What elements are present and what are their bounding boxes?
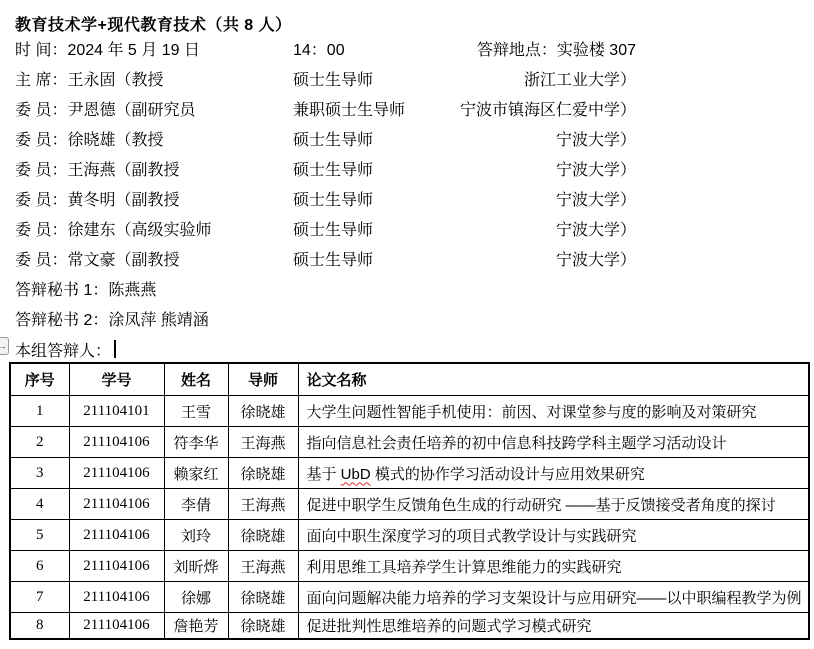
cell-no[interactable]: 2 (10, 427, 69, 458)
cell-supervisor[interactable]: 徐晓雄 (228, 613, 298, 640)
column-header: 序号 (10, 363, 69, 396)
page-title: 教育技术学+现代教育技术（共 8 人） (15, 12, 292, 35)
info-institution: 答辩地点：实验楼 307 (456, 36, 814, 66)
document-page[interactable]: 教育技术学+现代教育技术（共 8 人） 时 间：2024 年 5 月 19 日1… (0, 0, 814, 649)
info-line: 委 员：王海燕（副教授硕士生导师宁波大学） (15, 156, 814, 186)
info-line: 委 员：徐晓雄（教授硕士生导师宁波大学） (15, 126, 814, 156)
info-supervisor-type: 硕士生导师 (293, 66, 456, 96)
misspelled-word: UbD (341, 466, 371, 483)
info-role-name: 主 席：王永固（教授 (15, 66, 293, 96)
cell-student-id[interactable]: 211104106 (69, 520, 164, 551)
group-defenders-line[interactable]: 本组答辩人： (15, 336, 814, 362)
cell-no[interactable]: 6 (10, 551, 69, 582)
info-role-name: 委 员：常文豪（副教授 (15, 246, 293, 276)
cell-no[interactable]: 5 (10, 520, 69, 551)
thesis-title-text: 指向信息社会责任培养的初中信息科技跨学科主题学习活动设计 (307, 435, 727, 452)
cell-thesis-title[interactable]: 面向问题解决能力培养的学习支架设计与应用研究——以中职编程教学为例 (298, 582, 809, 613)
cell-no[interactable]: 4 (10, 489, 69, 520)
table-row: 6211104106刘昕烨王海燕利用思维工具培养学生计算思维能力的实践研究 (10, 551, 809, 582)
table-row: 2211104106符李华王海燕指向信息社会责任培养的初中信息科技跨学科主题学习… (10, 427, 809, 458)
committee-info-block: 时 间：2024 年 5 月 19 日14：00答辩地点：实验楼 307主 席：… (15, 36, 814, 362)
cell-supervisor[interactable]: 王海燕 (228, 551, 298, 582)
thesis-title-text: 面向中职生深度学习的项目式教学设计与实践研究 (307, 528, 637, 545)
thesis-title-text: 大学生问题性智能手机使用：前因、对课堂参与度的影响及对策研究 (307, 404, 757, 421)
cell-supervisor[interactable]: 徐晓雄 (228, 458, 298, 489)
info-line: 时 间：2024 年 5 月 19 日14：00答辩地点：实验楼 307 (15, 36, 814, 66)
cell-thesis-title[interactable]: 面向中职生深度学习的项目式教学设计与实践研究 (298, 520, 809, 551)
secretary-line: 答辩秘书 1：陈燕燕 (15, 276, 814, 306)
secretary-line: 答辩秘书 2：涂凤萍 熊靖涵 (15, 306, 814, 336)
cell-name[interactable]: 符李华 (164, 427, 228, 458)
cell-supervisor[interactable]: 徐晓雄 (228, 520, 298, 551)
cell-thesis-title[interactable]: 基于 UbD 模式的协作学习活动设计与应用效果研究 (298, 458, 809, 489)
thesis-title-text: 模式的协作学习活动设计与应用效果研究 (371, 466, 645, 483)
cell-name[interactable]: 詹艳芳 (164, 613, 228, 640)
info-supervisor-type: 硕士生导师 (293, 186, 456, 216)
group-defenders-label: 本组答辩人： (15, 338, 111, 361)
column-header: 姓名 (164, 363, 228, 396)
cell-thesis-title[interactable]: 利用思维工具培养学生计算思维能力的实践研究 (298, 551, 809, 582)
cell-name[interactable]: 赖家红 (164, 458, 228, 489)
text-cursor (114, 340, 116, 358)
info-supervisor-type: 硕士生导师 (293, 156, 456, 186)
column-header: 论文名称 (298, 363, 809, 396)
info-role-name: 时 间：2024 年 5 月 19 日 (15, 36, 293, 66)
info-supervisor-type: 硕士生导师 (293, 216, 456, 246)
column-header: 学号 (69, 363, 164, 396)
info-institution: 宁波大学） (456, 156, 814, 186)
cell-name[interactable]: 徐娜 (164, 582, 228, 613)
info-institution: 浙江工业大学） (456, 66, 814, 96)
thesis-title-text: 利用思维工具培养学生计算思维能力的实践研究 (307, 559, 622, 576)
thesis-title-text: 促进中职学生反馈角色生成的行动研究 ——基于反馈接受者角度的探讨 (307, 497, 776, 514)
cell-name[interactable]: 李倩 (164, 489, 228, 520)
defense-schedule-table: 序号学号姓名导师论文名称 1211104101王雪徐晓雄大学生问题性智能手机使用… (9, 362, 810, 640)
cell-supervisor[interactable]: 王海燕 (228, 489, 298, 520)
cell-supervisor[interactable]: 王海燕 (228, 427, 298, 458)
info-role-name: 委 员：黄冬明（副教授 (15, 186, 293, 216)
table-row: 8211104106詹艳芳徐晓雄促进批判性思维培养的问题式学习模式研究 (10, 613, 809, 640)
info-line: 委 员：常文豪（副教授硕士生导师宁波大学） (15, 246, 814, 276)
cell-student-id[interactable]: 211104106 (69, 551, 164, 582)
cell-student-id[interactable]: 211104106 (69, 458, 164, 489)
info-role-name: 委 员：王海燕（副教授 (15, 156, 293, 186)
info-line: 委 员：徐建东（高级实验师硕士生导师宁波大学） (15, 216, 814, 246)
info-role-name: 委 员：尹恩德（副研究员 (15, 96, 293, 126)
table-row: 3211104106赖家红徐晓雄基于 UbD 模式的协作学习活动设计与应用效果研… (10, 458, 809, 489)
cell-name[interactable]: 刘昕烨 (164, 551, 228, 582)
info-supervisor-type: 14：00 (293, 36, 456, 66)
info-institution: 宁波大学） (456, 186, 814, 216)
info-line: 主 席：王永固（教授硕士生导师浙江工业大学） (15, 66, 814, 96)
info-line: 委 员：尹恩德（副研究员兼职硕士生导师宁波市镇海区仁爱中学） (15, 96, 814, 126)
table-body: 1211104101王雪徐晓雄大学生问题性智能手机使用：前因、对课堂参与度的影响… (10, 396, 809, 640)
thesis-title-text: 面向问题解决能力培养的学习支架设计与应用研究——以中职编程教学为例 (307, 590, 802, 607)
cell-thesis-title[interactable]: 大学生问题性智能手机使用：前因、对课堂参与度的影响及对策研究 (298, 396, 809, 427)
info-institution: 宁波大学） (456, 216, 814, 246)
cell-no[interactable]: 8 (10, 613, 69, 640)
info-supervisor-type: 兼职硕士生导师 (293, 96, 456, 126)
cell-student-id[interactable]: 211104106 (69, 613, 164, 640)
info-institution: 宁波大学） (456, 126, 814, 156)
cell-supervisor[interactable]: 徐晓雄 (228, 396, 298, 427)
thesis-title-text: 基于 (307, 466, 341, 483)
info-role-name: 委 员：徐晓雄（教授 (15, 126, 293, 156)
cell-name[interactable]: 王雪 (164, 396, 228, 427)
info-supervisor-type: 硕士生导师 (293, 246, 456, 276)
table-row: 4211104106李倩王海燕促进中职学生反馈角色生成的行动研究 ——基于反馈接… (10, 489, 809, 520)
table-row: 7211104106徐娜徐晓雄面向问题解决能力培养的学习支架设计与应用研究——以… (10, 582, 809, 613)
cell-thesis-title[interactable]: 促进中职学生反馈角色生成的行动研究 ——基于反馈接受者角度的探讨 (298, 489, 809, 520)
thesis-title-text: 促进批判性思维培养的问题式学习模式研究 (307, 618, 592, 635)
info-institution: 宁波大学） (456, 246, 814, 276)
info-institution: 宁波市镇海区仁爱中学） (456, 96, 814, 126)
info-line: 委 员：黄冬明（副教授硕士生导师宁波大学） (15, 186, 814, 216)
cell-name[interactable]: 刘玲 (164, 520, 228, 551)
table-handle-icon[interactable]: → (0, 337, 9, 355)
table-row: 1211104101王雪徐晓雄大学生问题性智能手机使用：前因、对课堂参与度的影响… (10, 396, 809, 427)
info-supervisor-type: 硕士生导师 (293, 126, 456, 156)
table-row: 5211104106刘玲徐晓雄面向中职生深度学习的项目式教学设计与实践研究 (10, 520, 809, 551)
cell-student-id[interactable]: 211104101 (69, 396, 164, 427)
table-header-row: 序号学号姓名导师论文名称 (10, 363, 809, 396)
cell-thesis-title[interactable]: 指向信息社会责任培养的初中信息科技跨学科主题学习活动设计 (298, 427, 809, 458)
column-header: 导师 (228, 363, 298, 396)
cell-no[interactable]: 3 (10, 458, 69, 489)
cell-supervisor[interactable]: 徐晓雄 (228, 582, 298, 613)
info-role-name: 委 员：徐建东（高级实验师 (15, 216, 293, 246)
cell-no[interactable]: 7 (10, 582, 69, 613)
cell-student-id[interactable]: 211104106 (69, 489, 164, 520)
cell-student-id[interactable]: 211104106 (69, 427, 164, 458)
cell-thesis-title[interactable]: 促进批判性思维培养的问题式学习模式研究 (298, 613, 809, 640)
cell-student-id[interactable]: 211104106 (69, 582, 164, 613)
cell-no[interactable]: 1 (10, 396, 69, 427)
